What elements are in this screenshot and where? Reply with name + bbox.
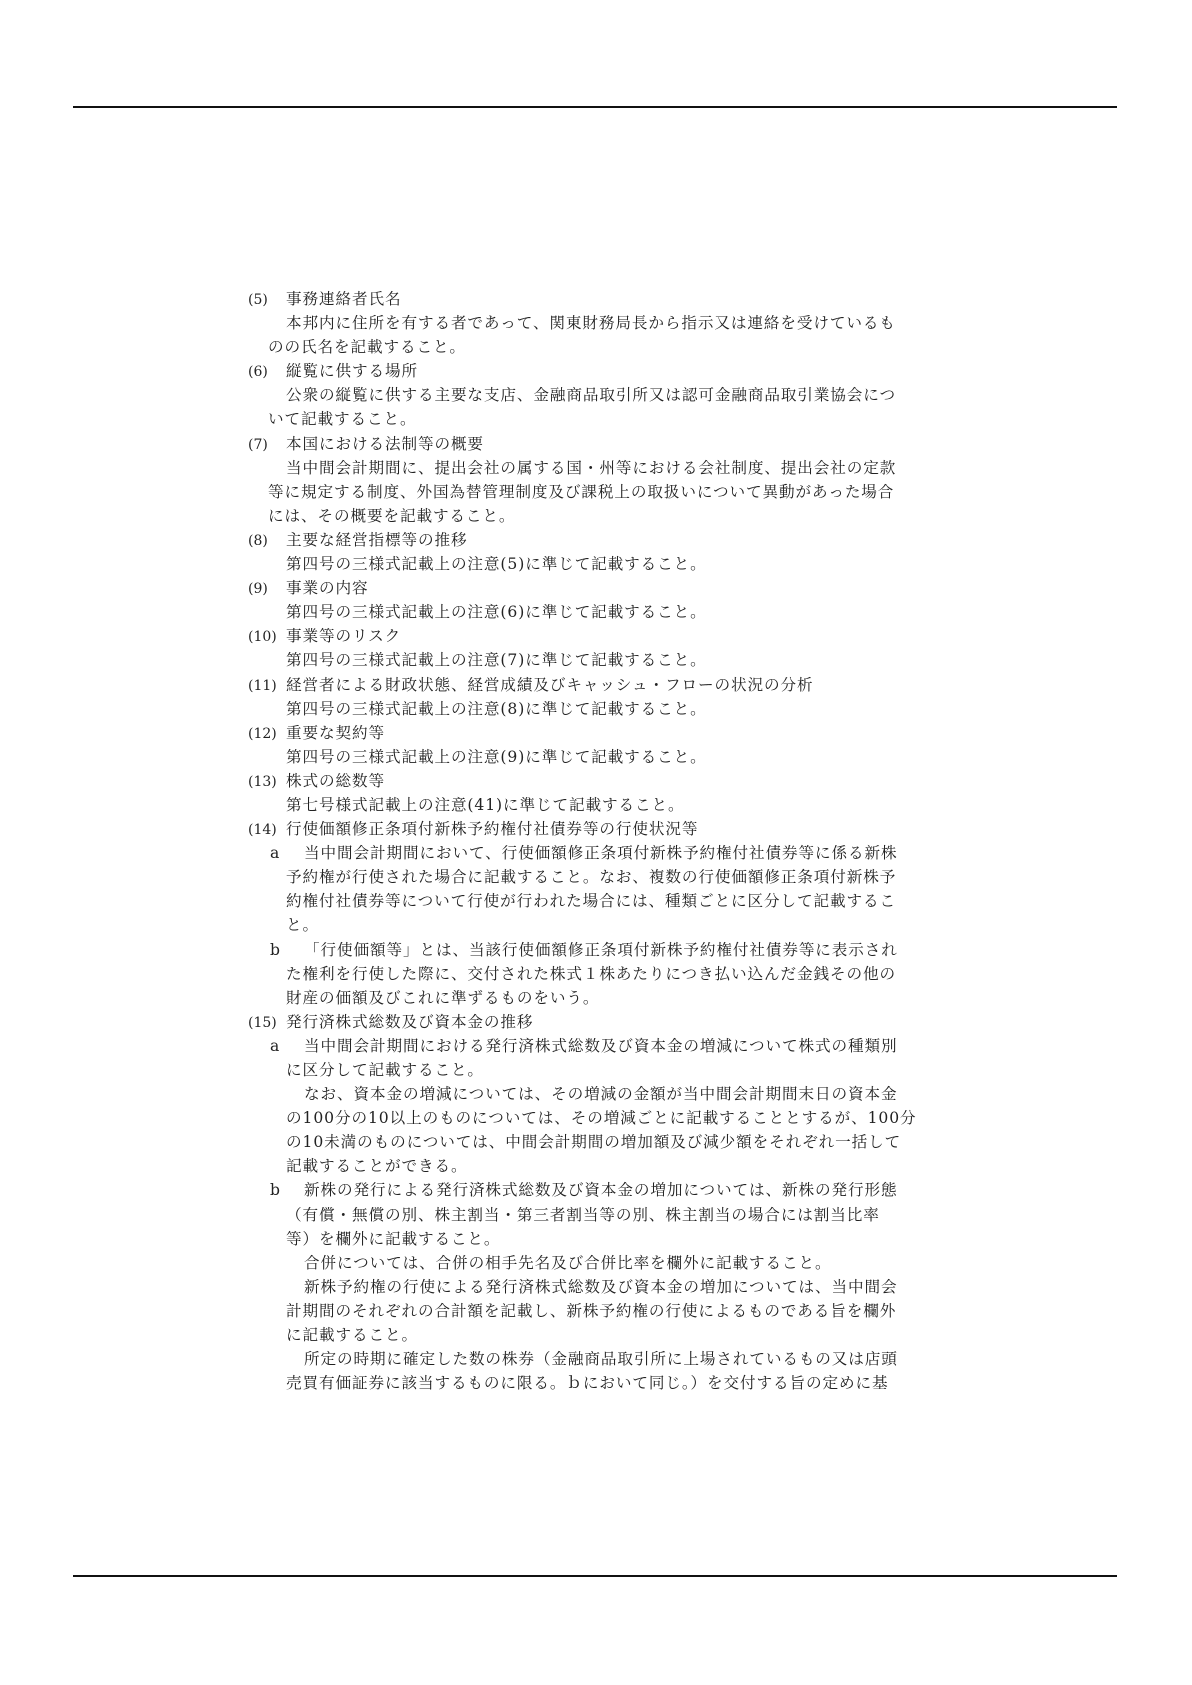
section-title: 発行済株式総数及び資本金の推移 [286,1013,533,1031]
item-line: a当中間会計期間において、行使価額修正条項付新株予約権付社債券等に係る新株 [248,841,960,865]
item-label: a [248,841,282,865]
section-text: 公衆の縦覧に供する主要な支店、金融商品取引所又は認可金融商品取引業協会につ [248,383,960,407]
section-number: (12) [248,722,286,746]
item-text: 予約権が行使された場合に記載すること。なお、複数の行使価額修正条項付新株予 [248,865,960,889]
footer-rule [73,1575,1117,1577]
section-title: 経営者による財政状態、経営成績及びキャッシュ・フローの状況の分析 [286,676,814,694]
header-rule [73,106,1117,108]
section-heading: (10)事業等のリスク [248,624,960,648]
section-text: 第四号の三様式記載上の注意(5)に準じて記載すること。 [248,552,960,576]
section-text: 第四号の三様式記載上の注意(8)に準じて記載すること。 [248,697,960,721]
section-heading: (11)経営者による財政状態、経営成績及びキャッシュ・フローの状況の分析 [248,673,960,697]
section-text: 第四号の三様式記載上の注意(6)に準じて記載すること。 [248,600,960,624]
section-title: 主要な経営指標等の推移 [286,531,467,549]
item-line: b「行使価額等」とは、当該行使価額修正条項付新株予約権付社債券等に表示され [248,938,960,962]
section-text: には、その概要を記載すること。 [248,504,960,528]
section-heading: (8)主要な経営指標等の推移 [248,528,960,552]
item-text: 新株予約権の行使による発行済株式総数及び資本金の増加については、当中間会 [248,1275,960,1299]
section-title: 事業の内容 [286,579,368,597]
section-text: 第七号様式記載上の注意(41)に準じて記載すること。 [248,793,960,817]
section-number: (10) [248,625,286,649]
section-heading: (14)行使価額修正条項付新株予約権付社債券等の行使状況等 [248,817,960,841]
item-text: た権利を行使した際に、交付された株式１株あたりにつき払い込んだ金銭その他の [248,962,960,986]
section-text: 等に規定する制度、外国為替管理制度及び課税上の取扱いについて異動があった場合 [248,480,960,504]
section-number: (7) [248,433,286,457]
section-text: 第四号の三様式記載上の注意(9)に準じて記載すること。 [248,745,960,769]
section-title: 行使価額修正条項付新株予約権付社債券等の行使状況等 [286,820,698,838]
item-text: 計期間のそれぞれの合計額を記載し、新株予約権の行使によるものである旨を欄外 [248,1299,960,1323]
section-heading: (5)事務連絡者氏名 [248,287,960,311]
item-label: b [248,938,282,962]
section-title: 本国における法制等の概要 [286,435,484,453]
item-label: a [248,1034,282,1058]
section-number: (6) [248,360,286,384]
section-number: (8) [248,529,286,553]
section-text: 本邦内に住所を有する者であって、関東財務局長から指示又は連絡を受けているも [248,311,960,335]
section-text: いて記載すること。 [248,407,960,431]
section-text: のの氏名を記載すること。 [248,335,960,359]
item-text: 等）を欄外に記載すること。 [248,1227,960,1251]
item-text: の10未満のものについては、中間会計期間の増加額及び減少額をそれぞれ一括して [248,1130,960,1154]
item-line: b新株の発行による発行済株式総数及び資本金の増加については、新株の発行形態 [248,1178,960,1202]
section-title: 事業等のリスク [286,627,401,645]
section-number: (15) [248,1011,286,1035]
section-heading: (6)縦覧に供する場所 [248,359,960,383]
item-text: に記載すること。 [248,1323,960,1347]
item-label: b [248,1178,282,1202]
section-heading: (13)株式の総数等 [248,769,960,793]
section-number: (11) [248,674,286,698]
section-number: (13) [248,770,286,794]
section-heading: (9)事業の内容 [248,576,960,600]
item-text: 売買有価証券に該当するものに限る。ｂにおいて同じ。）を交付する旨の定めに基 [248,1371,960,1395]
section-text: 当中間会計期間に、提出会社の属する国・州等における会社制度、提出会社の定款 [248,456,960,480]
item-text: 合併については、合併の相手先名及び合併比率を欄外に記載すること。 [248,1251,960,1275]
section-title: 重要な契約等 [286,724,385,742]
item-text: 記載することができる。 [248,1154,960,1178]
item-text: に区分して記載すること。 [248,1058,960,1082]
item-text: （有償・無償の別、株主割当・第三者割当等の別、株主割当の場合には割当比率 [248,1203,960,1227]
section-heading: (15)発行済株式総数及び資本金の推移 [248,1010,960,1034]
section-text: 第四号の三様式記載上の注意(7)に準じて記載すること。 [248,648,960,672]
section-title: 事務連絡者氏名 [286,290,401,308]
item-text: なお、資本金の増減については、その増減の金額が当中間会計期間末日の資本金 [248,1082,960,1106]
document-body: (5)事務連絡者氏名 本邦内に住所を有する者であって、関東財務局長から指示又は連… [248,287,960,1395]
item-text: と。 [248,913,960,937]
section-number: (14) [248,818,286,842]
section-heading: (12)重要な契約等 [248,721,960,745]
section-title: 株式の総数等 [286,772,385,790]
item-text: 所定の時期に確定した数の株券（金融商品取引所に上場されているもの又は店頭 [248,1347,960,1371]
item-text: 財産の価額及びこれに準ずるものをいう。 [248,986,960,1010]
section-heading: (7)本国における法制等の概要 [248,432,960,456]
section-title: 縦覧に供する場所 [286,362,418,380]
section-number: (9) [248,577,286,601]
item-text: の100分の10以上のものについては、その増減ごとに記載することとするが、100… [248,1106,960,1130]
item-text: 約権付社債券等について行使が行われた場合には、種類ごとに区分して記載するこ [248,889,960,913]
item-line: a当中間会計期間における発行済株式総数及び資本金の増減について株式の種類別 [248,1034,960,1058]
section-number: (5) [248,288,286,312]
